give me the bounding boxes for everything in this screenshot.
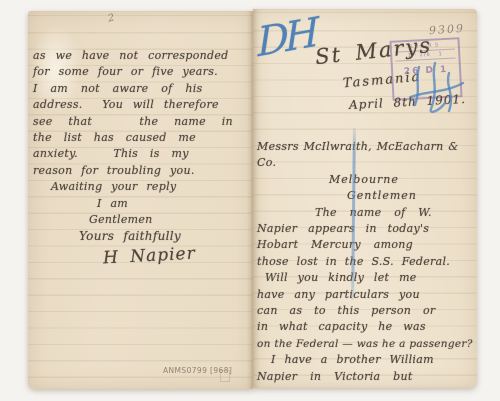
- right-page-text: Messrs McIlwraith, McEacharn & Co. Melbo…: [257, 139, 475, 385]
- letter-line: Napier in Victoria but: [257, 369, 475, 385]
- letter-line: Messrs McIlwraith, McEacharn & Co.: [257, 139, 475, 172]
- letter-line: can as to this person or: [257, 303, 475, 319]
- letter-line: Gentlemen: [89, 212, 248, 228]
- letter-line: the list has caused me: [33, 130, 248, 146]
- signature: H Napier: [103, 245, 196, 266]
- letter-page-left: 2 as we have not corresponded for some f…: [28, 11, 253, 389]
- letter-line: Melbourne: [329, 172, 475, 188]
- letter-line: as we have not corresponded: [33, 48, 248, 64]
- letter-line: see that the name in: [33, 114, 248, 130]
- letter-line: those lost in the S.S. Federal.: [257, 254, 475, 270]
- left-page-text: as we have not corresponded for some fou…: [33, 48, 248, 264]
- letter-line: Gentlemen: [347, 188, 475, 204]
- letter-line: The name of W.: [315, 205, 475, 221]
- letter-line: Will you kindly let me: [265, 270, 475, 286]
- page-number: 2: [107, 12, 116, 24]
- blue-crayon-mark: DH: [257, 10, 317, 67]
- letter-line: anxiety. This is my: [33, 146, 248, 162]
- letter-line: have any particulars you: [257, 287, 475, 303]
- letter-line: in what capacity he was: [257, 319, 475, 335]
- letter-line: Napier appears in today's: [257, 221, 475, 237]
- letter-line: on the Federal — was he a passenger?: [257, 336, 475, 352]
- letter-scan: 2 as we have not corresponded for some f…: [0, 0, 500, 401]
- letter-line: I am not aware of his: [33, 81, 248, 97]
- letter-line: for some four or five years.: [33, 64, 248, 80]
- pencil-number: 9309: [429, 22, 466, 37]
- catalog-number: ANMS0799 [968]: [163, 366, 232, 375]
- letter-line: Awaiting your reply: [51, 179, 248, 195]
- letter-line: reason for troubling you.: [33, 163, 248, 179]
- letter-line: address. You will therefore: [33, 97, 248, 113]
- blue-scribble-mark: [405, 53, 467, 119]
- letter-line: Yours faithfully: [79, 228, 248, 244]
- letter-line: I am: [97, 196, 248, 212]
- letter-line: Hobart Mercury among: [257, 237, 475, 253]
- letter-page-right: DH 9309 L·I·L·R S 1 · 2/6 · 1 26 D 1 St …: [253, 9, 477, 388]
- letter-line: I have a brother William: [271, 352, 475, 368]
